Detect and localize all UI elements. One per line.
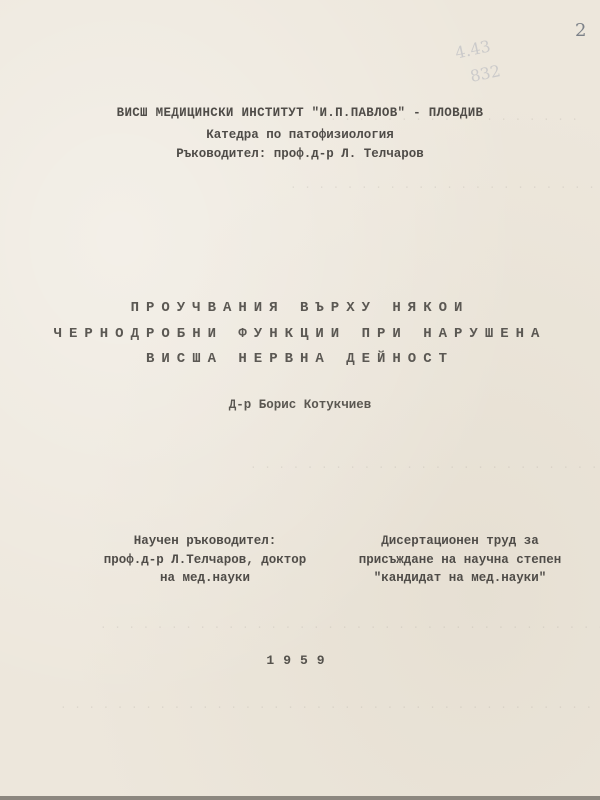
supervisor-line: на мед.науки — [80, 569, 330, 588]
bleed-through-text: . . . . . . . . . . . . . . . . . . . . … — [250, 460, 600, 472]
dissertation-block: Дисертационен труд за присъждане на науч… — [330, 532, 590, 588]
title-line: ВИСША НЕРВНА ДЕЙНОСТ — [0, 351, 600, 367]
title-line: ЧЕРНОДРОБНИ ФУНКЦИИ ПРИ НАРУШЕНА — [0, 326, 600, 342]
department-head: Ръководител: проф.д-р Л. Телчаров — [0, 147, 600, 161]
institution-name: ВИСШ МЕДИЦИНСКИ ИНСТИТУТ "И.П.ПАВЛОВ" - … — [0, 106, 600, 120]
pencil-annotation: 4.43 — [453, 37, 492, 63]
supervisor-block: Научен ръководител: проф.д-р Л.Телчаров,… — [80, 532, 330, 588]
bleed-through-text: . . . . . . . . . . . . . . . . . . . . … — [290, 180, 600, 192]
page-number: 2 — [575, 20, 586, 41]
year: 1959 — [0, 653, 600, 668]
department-name: Катедра по патофизиология — [0, 128, 600, 142]
title-line: ПРОУЧВАНИЯ ВЪРХУ НЯКОИ — [0, 300, 600, 316]
pencil-annotation: 832 — [468, 61, 502, 86]
bleed-through-text: . . . . . . . . . . . . . . . . . . . . … — [100, 620, 600, 632]
document-page: . . . . . . . . . . . . . . . . . . . . … — [0, 0, 600, 796]
dissertation-line: Дисертационен труд за — [330, 532, 590, 551]
scan-edge — [0, 796, 600, 800]
supervisor-line: проф.д-р Л.Телчаров, доктор — [80, 551, 330, 570]
dissertation-line: присъждане на научна степен — [330, 551, 590, 570]
bleed-through-text: . . . . . . . . . . . . . . . . . . . . … — [60, 700, 600, 712]
author-name: Д-р Борис Котукчиев — [0, 398, 600, 412]
dissertation-line: "кандидат на мед.науки" — [330, 569, 590, 588]
supervisor-line: Научен ръководител: — [80, 532, 330, 551]
